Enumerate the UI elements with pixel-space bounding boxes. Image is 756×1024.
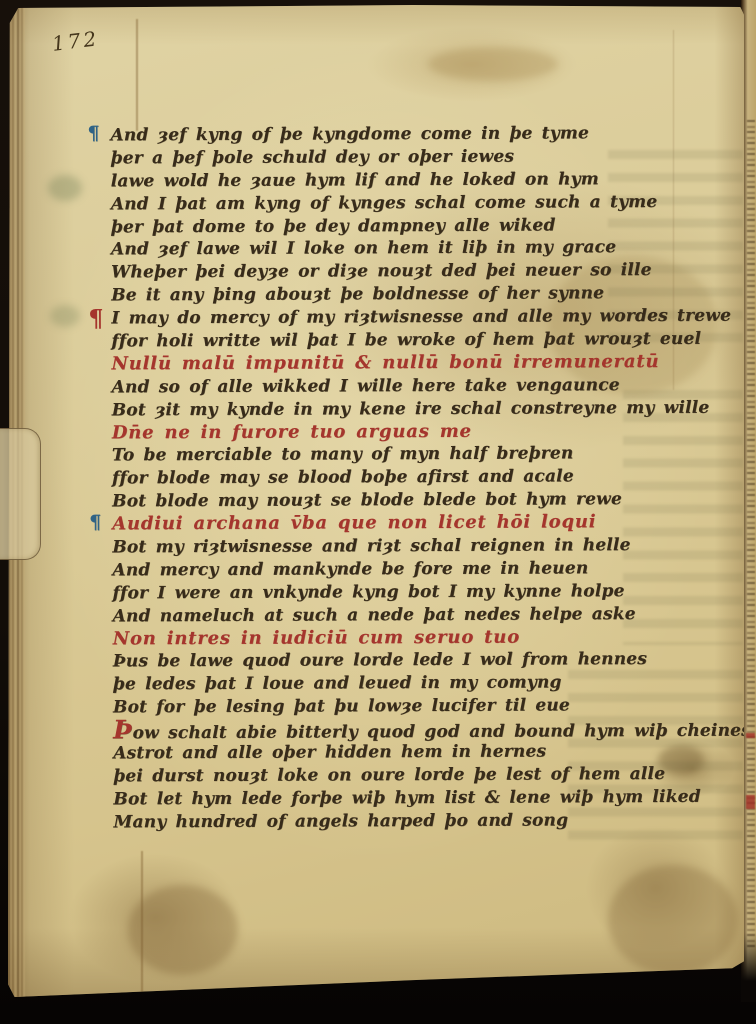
line-text: Nullū malū impunitū & nullū bonū irremun… <box>111 351 751 377</box>
manuscript-line: Bot blode may nouȝt se blode blede bot h… <box>112 488 752 514</box>
line-text: þei durst nouȝt loke on oure lorde þe le… <box>113 763 753 789</box>
line-text: þe ledes þat I loue and leued in my comy… <box>113 671 753 697</box>
manuscript-line: Be it any þing abouȝt þe boldnesse of he… <box>111 282 751 308</box>
line-text: Wheþer þei deyȝe or diȝe nouȝt ded þei n… <box>111 259 751 285</box>
line-text: Astrot and alle oþer hidden hem in herne… <box>113 740 753 766</box>
parchment-stain <box>608 865 738 975</box>
line-text: To be merciable to many of myn half breþ… <box>112 442 752 468</box>
fore-edge-tab <box>0 428 41 560</box>
line-text: Bot my riȝtwisnesse and riȝt schal reign… <box>112 534 752 560</box>
ink-smudge <box>48 175 82 201</box>
manuscript-line: Non intres in iudiciū cum seruo tuo <box>113 625 753 651</box>
line-text: And ȝef lawe wil I loke on hem it liþ in… <box>111 236 751 262</box>
manuscript-page: 172 ¶ And ȝef kyng of þe kyngdome come i… <box>8 5 744 997</box>
line-text: Þus be lawe quod oure lorde lede I wol f… <box>113 648 753 674</box>
line-text: Many hundred of angels harped þo and son… <box>113 808 753 834</box>
ink-smudge <box>50 305 80 327</box>
parchment-stain <box>128 885 238 975</box>
line-text: Be it any þing abouȝt þe boldnesse of he… <box>111 282 751 308</box>
manuscript-line: ¶ And ȝef kyng of þe kyngdome come in þe… <box>110 122 750 148</box>
manuscript-line: þer a þef þole schuld dey or oþer iewes <box>111 144 751 170</box>
manuscript-photo: 172 ¶ And ȝef kyng of þe kyngdome come i… <box>0 0 756 1024</box>
manuscript-line: ¶ I may do mercy of my riȝtwisnesse and … <box>111 305 751 331</box>
manuscript-line: ffor I were an vnkynde kyng bot I my kyn… <box>112 579 752 605</box>
manuscript-line: þe ledes þat I loue and leued in my comy… <box>113 671 753 697</box>
manuscript-line: And I þat am kyng of kynges schal come s… <box>111 190 751 216</box>
paraph-icon: ¶ <box>88 304 103 333</box>
facing-page-text-sliver <box>747 120 755 950</box>
line-text: þer þat dome to þe dey dampney alle wike… <box>111 213 751 239</box>
folio-number: 172 <box>51 26 101 56</box>
manuscript-line: þer þat dome to þe dey dampney alle wike… <box>111 213 751 239</box>
manuscript-line: Bot ȝit my kynde in my kene ire schal co… <box>112 396 752 422</box>
manuscript-line: ffor blode may se blood boþe afirst and … <box>112 465 752 491</box>
line-text: ffor blode may se blood boþe afirst and … <box>112 465 752 491</box>
line-text: Bot for þe lesing þat þu lowȝe lucifer t… <box>113 694 753 720</box>
line-text: I may do mercy of my riȝtwisnesse and al… <box>111 305 751 331</box>
manuscript-line: Astrot and alle oþer hidden hem in herne… <box>113 740 753 766</box>
line-text: Bot ȝit my kynde in my kene ire schal co… <box>112 396 752 422</box>
manuscript-line: Many hundred of angels harped þo and son… <box>113 808 753 834</box>
paraph-icon: ¶ <box>87 122 99 144</box>
manuscript-line: ¶ Audiui archana v̄ba que non licet hōi … <box>112 511 752 537</box>
line-text: And so of alle wikked I wille here take … <box>112 373 752 399</box>
manuscript-line: lawe wold he ȝaue hym lif and he loked o… <box>111 167 751 193</box>
ruling-line <box>136 19 138 131</box>
manuscript-line: þei durst nouȝt loke on oure lorde þe le… <box>113 763 753 789</box>
line-text: And I þat am kyng of kynges schal come s… <box>111 190 751 216</box>
manuscript-line: Bot let hym lede forþe wiþ hym list & le… <box>113 785 753 811</box>
facing-page-rubric-mark <box>746 795 755 809</box>
manuscript-line: Wheþer þei deyȝe or diȝe nouȝt ded þei n… <box>111 259 751 285</box>
manuscript-line: ffor holi writte wil þat I be wroke of h… <box>111 328 751 354</box>
manuscript-line: Þow schalt abie bitterly quod god and bo… <box>113 717 753 743</box>
line-text: And ȝef kyng of þe kyngdome come in þe t… <box>110 122 750 148</box>
line-text: Bot blode may nouȝt se blode blede bot h… <box>112 488 752 514</box>
line-text: ffor I were an vnkynde kyng bot I my kyn… <box>112 579 752 605</box>
parchment-stain <box>428 47 558 81</box>
line-text: Bot let hym lede forþe wiþ hym list & le… <box>113 785 753 811</box>
facing-page-rubric-mark <box>746 733 755 738</box>
line-text: And nameluch at such a nede þat nedes he… <box>113 602 753 628</box>
line-text: Non intres in iudiciū cum seruo tuo <box>113 625 753 651</box>
manuscript-line: And nameluch at such a nede þat nedes he… <box>113 602 753 628</box>
manuscript-line: And ȝef lawe wil I loke on hem it liþ in… <box>111 236 751 262</box>
text-block: ¶ And ȝef kyng of þe kyngdome come in þe… <box>110 122 753 834</box>
line-text: And mercy and mankynde be fore me in heu… <box>112 557 752 583</box>
manuscript-line: And mercy and mankynde be fore me in heu… <box>112 557 752 583</box>
manuscript-line: And so of alle wikked I wille here take … <box>112 373 752 399</box>
line-text: Audiui archana v̄ba que non licet hōi lo… <box>112 511 752 537</box>
line-text: ffor holi writte wil þat I be wroke of h… <box>111 328 751 354</box>
line-text: lawe wold he ȝaue hym lif and he loked o… <box>111 167 751 193</box>
manuscript-line: Bot my riȝtwisnesse and riȝt schal reign… <box>112 534 752 560</box>
manuscript-line: Dn̄e ne in furore tuo arguas me <box>112 419 752 445</box>
manuscript-line: To be merciable to many of myn half breþ… <box>112 442 752 468</box>
manuscript-line: Þus be lawe quod oure lorde lede I wol f… <box>113 648 753 674</box>
manuscript-line: Nullū malū impunitū & nullū bonū irremun… <box>111 351 751 377</box>
paraph-icon: ¶ <box>89 512 101 534</box>
manuscript-line: Bot for þe lesing þat þu lowȝe lucifer t… <box>113 694 753 720</box>
line-text: Dn̄e ne in furore tuo arguas me <box>112 419 752 445</box>
line-text: þer a þef þole schuld dey or oþer iewes <box>111 144 751 170</box>
